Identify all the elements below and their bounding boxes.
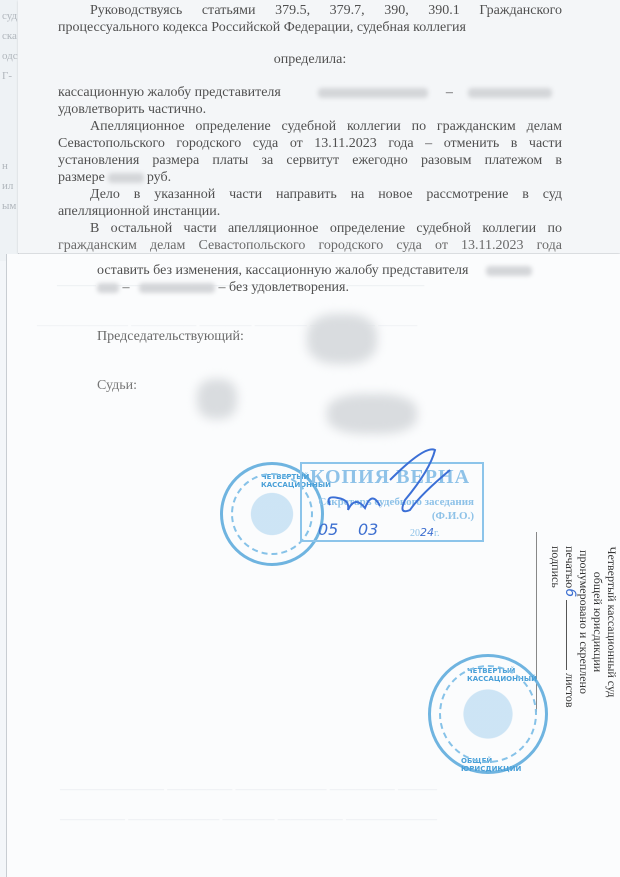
- fragment: суд: [0, 6, 18, 26]
- binding-line: общей юрисдикции: [591, 532, 605, 712]
- text: – без удовлетворения.: [219, 280, 350, 295]
- handwritten-count: 6: [562, 588, 578, 597]
- fragment: одс: [0, 46, 18, 66]
- binding-certification-note: Четвертый кассационный суд общей юрисдик…: [536, 532, 619, 712]
- dash: –: [446, 85, 453, 100]
- para-cancel-line4: размереруб.: [58, 169, 562, 186]
- fragment: Г-: [0, 66, 18, 86]
- underlying-page-edge: суд ска одс Г- н ил ым: [0, 0, 19, 261]
- court-seal-icon: ЧЕТВЕРТЫЙ КАССАЦИОННЫЙ ОБЩЕЙ ЮРИСДИКЦИИ: [428, 654, 548, 774]
- fragment: ым: [0, 196, 18, 216]
- para-ruling-basis-line1: Руководствуясь статьями 379.5, 379.7, 39…: [90, 2, 562, 19]
- binding-line: подпись: [549, 532, 563, 712]
- text: кассационную жалобу представителя: [58, 85, 281, 100]
- text: Дело в указанной части направить на ново…: [58, 187, 562, 202]
- para-remaining-line2: гражданским делам Севастопольского город…: [58, 237, 562, 254]
- redacted-name: [468, 88, 552, 98]
- binding-line: печатью6 листов: [563, 532, 577, 712]
- text: размере: [58, 170, 105, 185]
- para-cancel-line2: Севастопольского городского суда от 13.1…: [58, 135, 562, 152]
- binding-note-text: Четвертый кассационный суд общей юрисдик…: [537, 532, 619, 712]
- para-cancel-line3: установления размера платы за сервитут е…: [58, 152, 562, 169]
- redacted-name: [139, 283, 215, 293]
- para-remand-line1: Дело в указанной части направить на ново…: [58, 186, 562, 203]
- text: руб.: [147, 170, 171, 185]
- text: В остальной части апелляционное определе…: [58, 221, 562, 236]
- dash: –: [123, 280, 130, 295]
- fragment: ил: [0, 176, 18, 196]
- bleed-through-text: ———————— ————— ——————— ————— ———: [60, 780, 560, 798]
- binding-line: пронумеровано и скреплено: [577, 532, 591, 712]
- redacted-name: [318, 88, 428, 98]
- redacted-name: [97, 283, 119, 293]
- para-remaining-line1: В остальной части апелляционное определе…: [58, 220, 562, 237]
- binding-line: Четвертый кассационный суд: [605, 532, 619, 712]
- para-cancel-line1: Апелляционное определение судебной колле…: [58, 118, 562, 135]
- judges-label: Судьи:: [97, 377, 137, 394]
- para-remaining-line4: – – без удовлетворения.: [97, 279, 553, 296]
- signature-icon: [310, 440, 460, 540]
- text: Апелляционное определение судебной колле…: [58, 119, 562, 134]
- para-ruling-basis-line2: процессуального кодекса Российской Федер…: [58, 19, 562, 36]
- text: оставить без изменения, кассационную жал…: [97, 263, 468, 278]
- redacted-name: [486, 266, 532, 276]
- seal-text: ЧЕТВЕРТЫЙ КАССАЦИОННЫЙ: [467, 667, 545, 683]
- text: печатью: [563, 546, 577, 588]
- para-remaining-line3: оставить без изменения, кассационную жал…: [97, 262, 553, 279]
- ruling-heading: определила:: [58, 51, 562, 68]
- para-appeal-line1: кассационную жалобу представителя –: [58, 84, 562, 101]
- redacted-amount: [108, 173, 144, 183]
- para-appeal-line2: удовлетворить частично.: [58, 101, 562, 118]
- para-remand-line2: апелляционной инстанции.: [58, 203, 562, 220]
- redacted-signature: [307, 314, 377, 364]
- fragment: ска: [0, 26, 18, 46]
- top-page-section: Руководствуясь статьями 379.5, 379.7, 39…: [18, 0, 620, 253]
- redacted-signature: [197, 379, 237, 419]
- bleed-through-text: ————— ——————— ———— ————— ———————: [60, 810, 560, 828]
- seal-text: ОБЩЕЙ ЮРИСДИКЦИИ: [461, 757, 545, 773]
- text: листов: [563, 673, 577, 708]
- presiding-judge-label: Председательствующий:: [97, 328, 244, 345]
- redacted-signature: [327, 394, 417, 434]
- fragment: н: [0, 156, 18, 176]
